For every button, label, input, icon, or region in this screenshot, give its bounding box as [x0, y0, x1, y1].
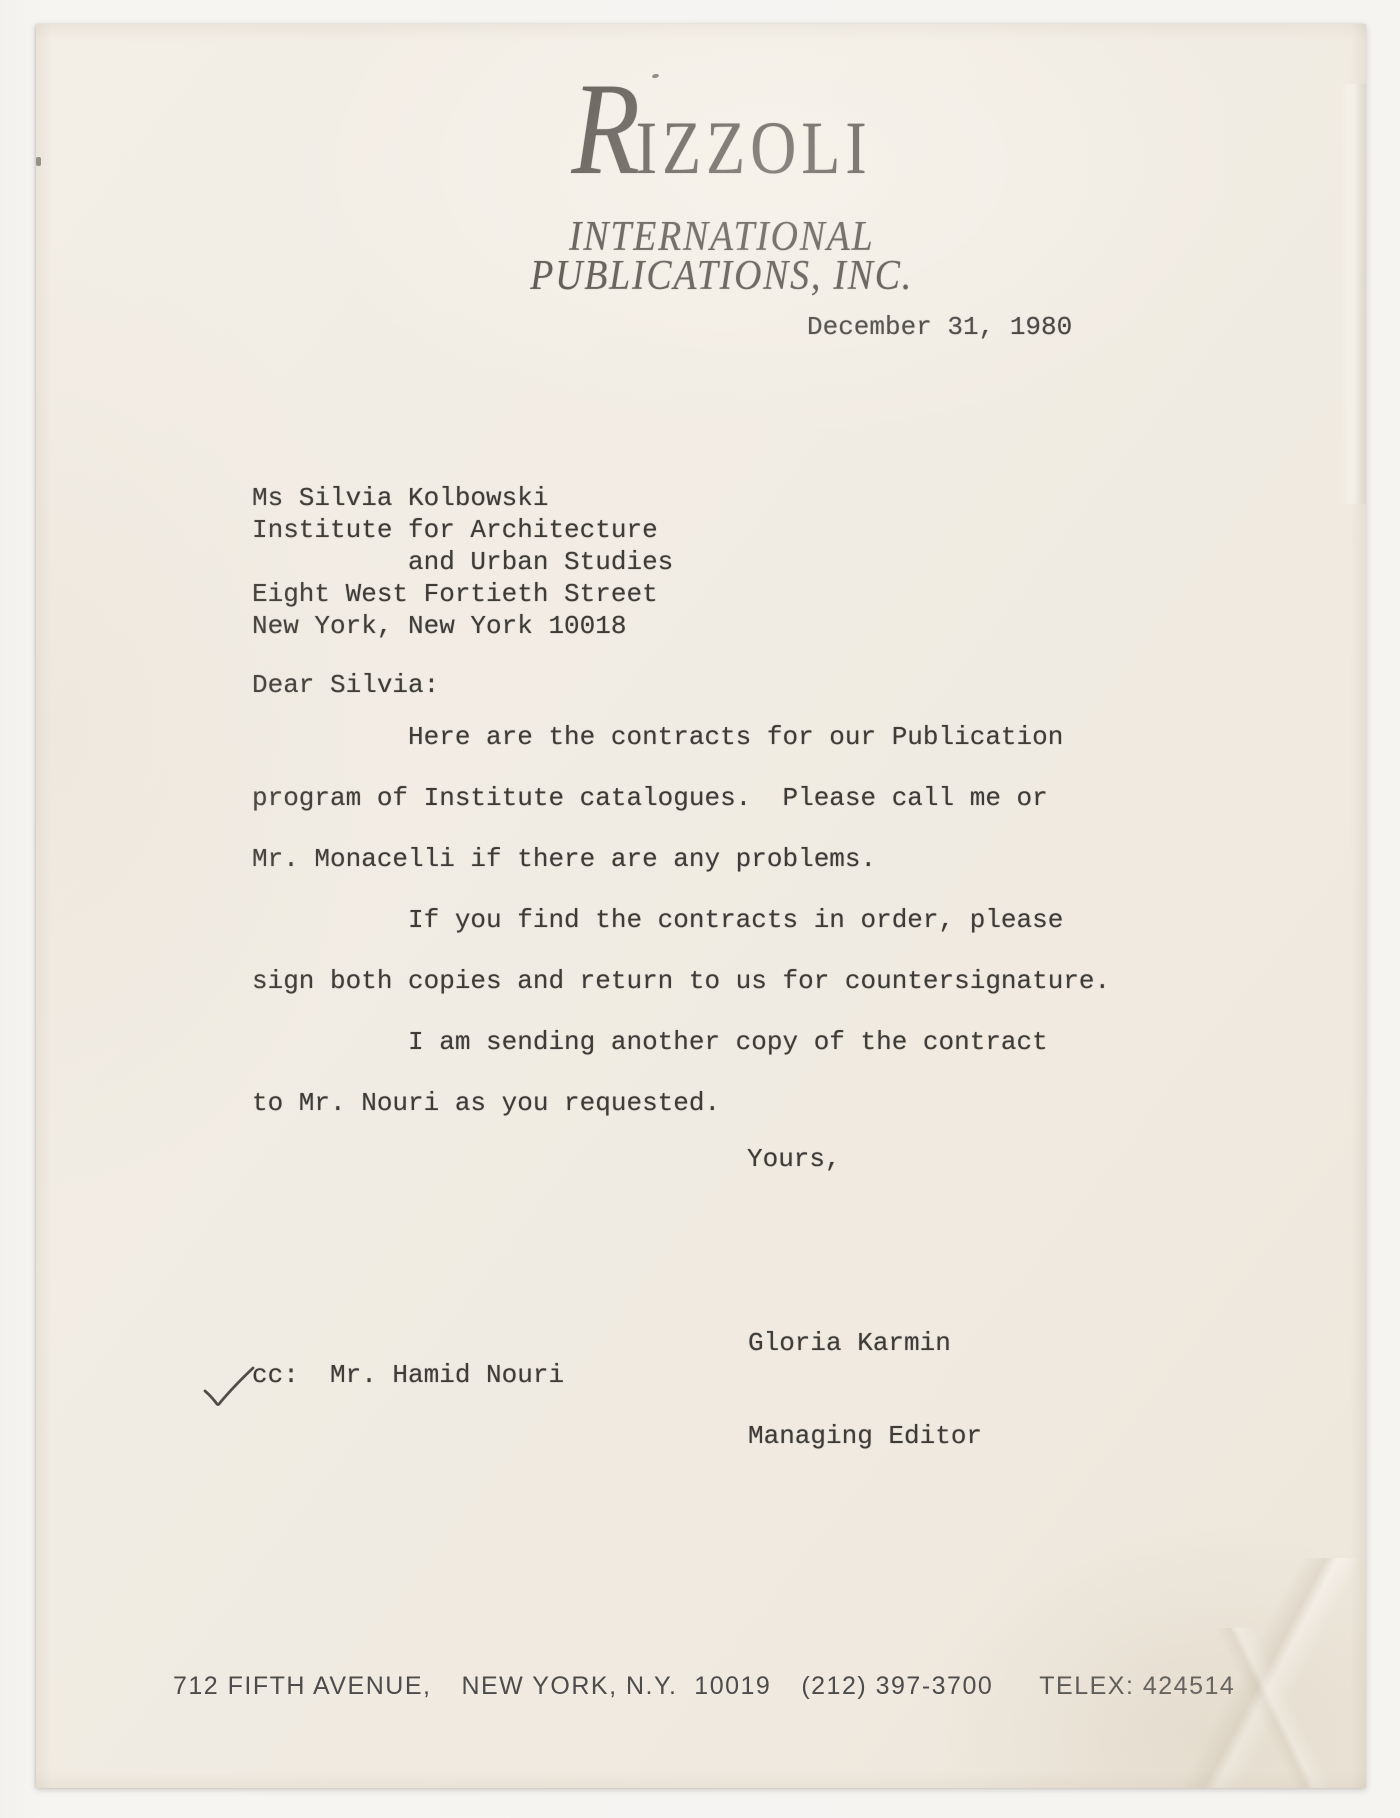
letter-body: Here are the contracts for our Publicati…: [252, 707, 1110, 1134]
address-line: Ms Silvia Kolbowski: [252, 482, 673, 514]
footer-address: 712 FIFTH AVENUE,NEW YORK, N.Y. 10019(21…: [173, 1671, 1235, 1701]
address-line: Institute for Architecture: [252, 514, 673, 546]
footer-segment: NEW YORK, N.Y. 10019: [461, 1671, 771, 1701]
signature-title: Managing Editor: [748, 1421, 982, 1452]
address-line: and Urban Studies: [252, 546, 673, 578]
letterhead-logo: RIZZOLI: [36, 63, 1366, 235]
address-line: New York, New York 10018: [252, 610, 673, 642]
salutation: Dear Silvia:: [252, 672, 439, 698]
cc-line: cc: Mr. Hamid Nouri: [252, 1362, 564, 1388]
closing: Yours,: [747, 1146, 841, 1172]
address-line: Eight West Fortieth Street: [252, 578, 673, 610]
handwritten-checkmark-icon: [202, 1364, 258, 1412]
footer-segment: TELEX: 424514: [1039, 1671, 1235, 1701]
letter-page: RIZZOLI INTERNATIONAL PUBLICATIONS, INC.…: [36, 24, 1366, 1788]
logo-initial: R: [572, 55, 641, 202]
paper-crease: [1210, 1628, 1330, 1788]
footer-segment: (212) 397-3700: [801, 1671, 993, 1701]
signature-block: Gloria Karmin Managing Editor: [748, 1266, 982, 1514]
scanner-background: RIZZOLI INTERNATIONAL PUBLICATIONS, INC.…: [0, 0, 1400, 1818]
date-line: December 31, 1980: [807, 312, 1072, 342]
body-line: I am sending another copy of the contrac…: [252, 1012, 1110, 1073]
body-line: Here are the contracts for our Publicati…: [252, 707, 1110, 768]
body-line: Mr. Monacelli if there are any problems.: [252, 829, 1110, 890]
recipient-address: Ms Silvia KolbowskiInstitute for Archite…: [252, 482, 673, 642]
paper-edge-speck: [36, 157, 41, 166]
logo-wordmark: IZZOLI: [636, 107, 872, 190]
footer-segment: 712 FIFTH AVENUE,: [173, 1671, 431, 1701]
body-line: to Mr. Nouri as you requested.: [252, 1073, 1110, 1134]
body-line: If you find the contracts in order, plea…: [252, 890, 1110, 951]
body-line: program of Institute catalogues. Please …: [252, 768, 1110, 829]
signature-name: Gloria Karmin: [748, 1328, 982, 1359]
body-line: sign both copies and return to us for co…: [252, 951, 1110, 1012]
letterhead-line-2: PUBLICATIONS, INC.: [36, 255, 1366, 306]
